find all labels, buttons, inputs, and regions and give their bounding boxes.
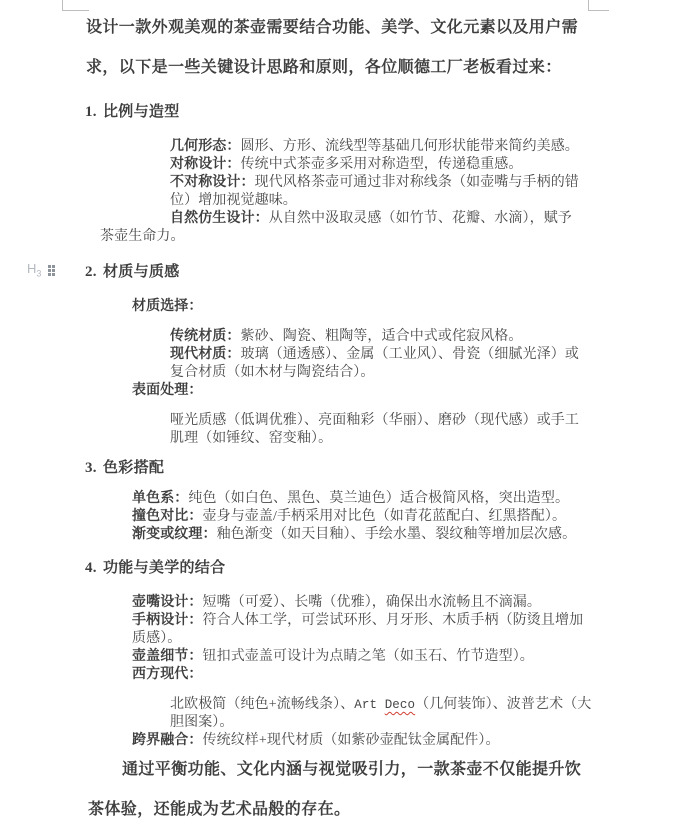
list-line: 自然仿生设计：从自然中汲取灵感（如竹节、花瓣、水滴），赋予 xyxy=(0,210,686,228)
bold-label: 渐变或纹理： xyxy=(132,527,217,542)
document-page[interactable]: H3 设计一款外观美观的茶壶需要结合功能、美学、文化元素以及用户需 求，以下是一… xyxy=(0,0,686,837)
list-line: 渐变或纹理：釉色渐变（如天目釉）、手绘水墨、裂纹釉等增加层次感。 xyxy=(0,526,686,544)
list-line: 壶嘴设计：短嘴（可爱）、长嘴（优雅），确保出水流畅且不滴漏。 xyxy=(0,594,686,612)
bold-label: 撞色对比： xyxy=(132,509,203,524)
section-2-body: 材质选择： 传统材质：紫砂、陶瓷、粗陶等，适合中式或侘寂风格。 现代材质：玻璃（… xyxy=(0,298,686,448)
intro-line-2: 求，以下是一些关键设计思路和原则，各位顺德工厂老板看过来： xyxy=(0,48,686,88)
bold-label: 手柄设计： xyxy=(132,613,203,628)
line-text: 胆图案）。 xyxy=(170,715,234,730)
line-text: 现代风格茶壶可通过非对称线条（如壶嘴与手柄的错 xyxy=(255,175,579,190)
bold-label: 壶嘴设计： xyxy=(132,595,203,610)
line-text: 钮扣式壶盖可设计为点睛之笔（如玉石、竹节造型）。 xyxy=(203,649,534,664)
list-line: 胆图案）。 xyxy=(0,714,686,732)
list-line: 肌理（如锤纹、窑变釉）。 xyxy=(0,430,686,448)
line-text: 短嘴（可爱）、长嘴（优雅），确保出水流畅且不滴漏。 xyxy=(203,595,542,610)
spellcheck-underlined-word: Deco xyxy=(385,698,415,712)
line-text: 传统中式茶壶多采用对称造型，传递稳重感。 xyxy=(241,157,523,172)
line-text: 传统纹样+现代材质（如紫砂壶配钛金属配件）。 xyxy=(203,733,500,748)
section-title-text: 比例与造型 xyxy=(103,104,180,120)
line-text: 位）增加视觉趣味。 xyxy=(170,193,297,208)
line-text: 紫砂、陶瓷、粗陶等，适合中式或侘寂风格。 xyxy=(241,329,523,344)
list-line: 对称设计：传统中式茶壶多采用对称造型，传递稳重感。 xyxy=(0,156,686,174)
list-line: 传统材质：紫砂、陶瓷、粗陶等，适合中式或侘寂风格。 xyxy=(0,328,686,346)
section-3-heading: 3.色彩搭配 xyxy=(0,458,686,478)
line-text: （几何装饰）、波普艺术（大 xyxy=(415,697,591,712)
line-text: 茶壶生命力。 xyxy=(100,229,185,244)
list-line: 几何形态：圆形、方形、流线型等基础几何形状能带来简约美感。 xyxy=(0,138,686,156)
bold-label: 传统材质： xyxy=(170,329,241,344)
latin-text: Art xyxy=(354,698,384,712)
list-line: 现代材质：玻璃（通透感）、金属（工业风）、骨瓷（细腻光泽）或 xyxy=(0,346,686,364)
list-line: 单色系：纯色（如白色、黑色、莫兰迪色）适合极简风格，突出造型。 xyxy=(0,490,686,508)
heading-gutter-marker: H3 xyxy=(27,263,58,279)
section-title-text: 色彩搭配 xyxy=(103,460,164,476)
bold-label: 几何形态： xyxy=(170,139,241,154)
section-number: 4. xyxy=(85,558,103,578)
bold-label: 壶盖细节： xyxy=(132,649,203,664)
list-line: 材质选择： xyxy=(0,298,686,316)
bold-label: 单色系： xyxy=(132,491,188,506)
line-text: 质感）。 xyxy=(132,631,181,646)
outro-line-1: 通过平衡功能、文化内涵与视觉吸引力，一款茶壶不仅能提升饮 xyxy=(0,750,686,790)
section-4-heading: 4.功能与美学的结合 xyxy=(0,558,686,578)
section-4-body: 壶嘴设计：短嘴（可爱）、长嘴（优雅），确保出水流畅且不滴漏。 手柄设计：符合人体… xyxy=(0,594,686,750)
list-line: 撞色对比：壶身与壶盖/手柄采用对比色（如青花蓝配白、红黑搭配）。 xyxy=(0,508,686,526)
outro-line-2: 茶体验，还能成为艺术品般的存在。 xyxy=(0,790,686,830)
page-corner-mark-top-left xyxy=(62,0,89,11)
bold-label: 现代材质： xyxy=(170,347,241,362)
list-line: 位）增加视觉趣味。 xyxy=(0,192,686,210)
list-line: 茶壶生命力。 xyxy=(0,228,686,246)
section-number: 3. xyxy=(85,458,103,478)
line-text: 符合人体工学，可尝试环形、月牙形、木质手柄（防烫且增加 xyxy=(203,613,584,628)
section-title-text: 功能与美学的结合 xyxy=(103,560,225,576)
list-line: 西方现代： xyxy=(0,666,686,684)
outro-paragraph: 通过平衡功能、文化内涵与视觉吸引力，一款茶壶不仅能提升饮 茶体验，还能成为艺术品… xyxy=(0,750,686,830)
list-line: 表面处理： xyxy=(0,382,686,400)
bold-label: 不对称设计： xyxy=(170,175,255,190)
list-line: 哑光质感（低调优雅）、亮面釉彩（华丽）、磨砂（现代感）或手工 xyxy=(0,412,686,430)
bold-label: 跨界融合： xyxy=(132,733,203,748)
line-text: 釉色渐变（如天目釉）、手绘水墨、裂纹釉等增加层次感。 xyxy=(217,527,577,542)
bold-label: 自然仿生设计： xyxy=(170,211,269,226)
section-number: 1. xyxy=(85,102,103,122)
bold-label: 西方现代： xyxy=(132,667,203,682)
bold-label: 材质选择： xyxy=(132,299,203,314)
intro-paragraph: 设计一款外观美观的茶壶需要结合功能、美学、文化元素以及用户需 求，以下是一些关键… xyxy=(0,0,686,88)
line-text: 从自然中汲取灵感（如竹节、花瓣、水滴），赋予 xyxy=(269,211,572,226)
line-text: 北欧极简（纯色+流畅线条）、 xyxy=(170,697,354,712)
list-line: 不对称设计：现代风格茶壶可通过非对称线条（如壶嘴与手柄的错 xyxy=(0,174,686,192)
line-text: 纯色（如白色、黑色、莫兰迪色）适合极简风格，突出造型。 xyxy=(188,491,569,506)
section-1-body: 几何形态：圆形、方形、流线型等基础几何形状能带来简约美感。 对称设计：传统中式茶… xyxy=(0,138,686,246)
section-2-heading: 2.材质与质感 xyxy=(0,262,686,282)
section-3-body: 单色系：纯色（如白色、黑色、莫兰迪色）适合极简风格，突出造型。 撞色对比：壶身与… xyxy=(0,490,686,544)
line-text: 复合材质（如木材与陶瓷结合）。 xyxy=(170,365,375,380)
bold-label: 表面处理： xyxy=(132,383,203,398)
heading-level-badge: H3 xyxy=(27,262,41,281)
line-text: 玻璃（通透感）、金属（工业风）、骨瓷（细腻光泽）或 xyxy=(241,347,580,362)
page-corner-mark-top-right xyxy=(588,0,609,11)
line-text: 肌理（如锤纹、窑变釉）。 xyxy=(170,431,332,446)
line-text: 壶身与壶盖/手柄采用对比色（如青花蓝配白、红黑搭配）。 xyxy=(203,509,567,524)
list-line: 北欧极简（纯色+流畅线条）、Art Deco（几何装饰）、波普艺术（大 xyxy=(0,696,686,714)
drag-handle-icon[interactable] xyxy=(48,265,58,277)
line-text: 哑光质感（低调优雅）、亮面釉彩（华丽）、磨砂（现代感）或手工 xyxy=(170,413,579,428)
section-1-heading: 1.比例与造型 xyxy=(0,102,686,122)
list-line: 手柄设计：符合人体工学，可尝试环形、月牙形、木质手柄（防烫且增加 xyxy=(0,612,686,630)
line-text: 圆形、方形、流线型等基础几何形状能带来简约美感。 xyxy=(241,139,579,154)
intro-line-1: 设计一款外观美观的茶壶需要结合功能、美学、文化元素以及用户需 xyxy=(0,8,686,48)
list-line: 跨界融合：传统纹样+现代材质（如紫砂壶配钛金属配件）。 xyxy=(0,732,686,750)
list-line: 壶盖细节：钮扣式壶盖可设计为点睛之笔（如玉石、竹节造型）。 xyxy=(0,648,686,666)
list-line: 复合材质（如木材与陶瓷结合）。 xyxy=(0,364,686,382)
section-number: 2. xyxy=(85,262,103,282)
section-title-text: 材质与质感 xyxy=(103,264,180,280)
list-line: 质感）。 xyxy=(0,630,686,648)
bold-label: 对称设计： xyxy=(170,157,241,172)
